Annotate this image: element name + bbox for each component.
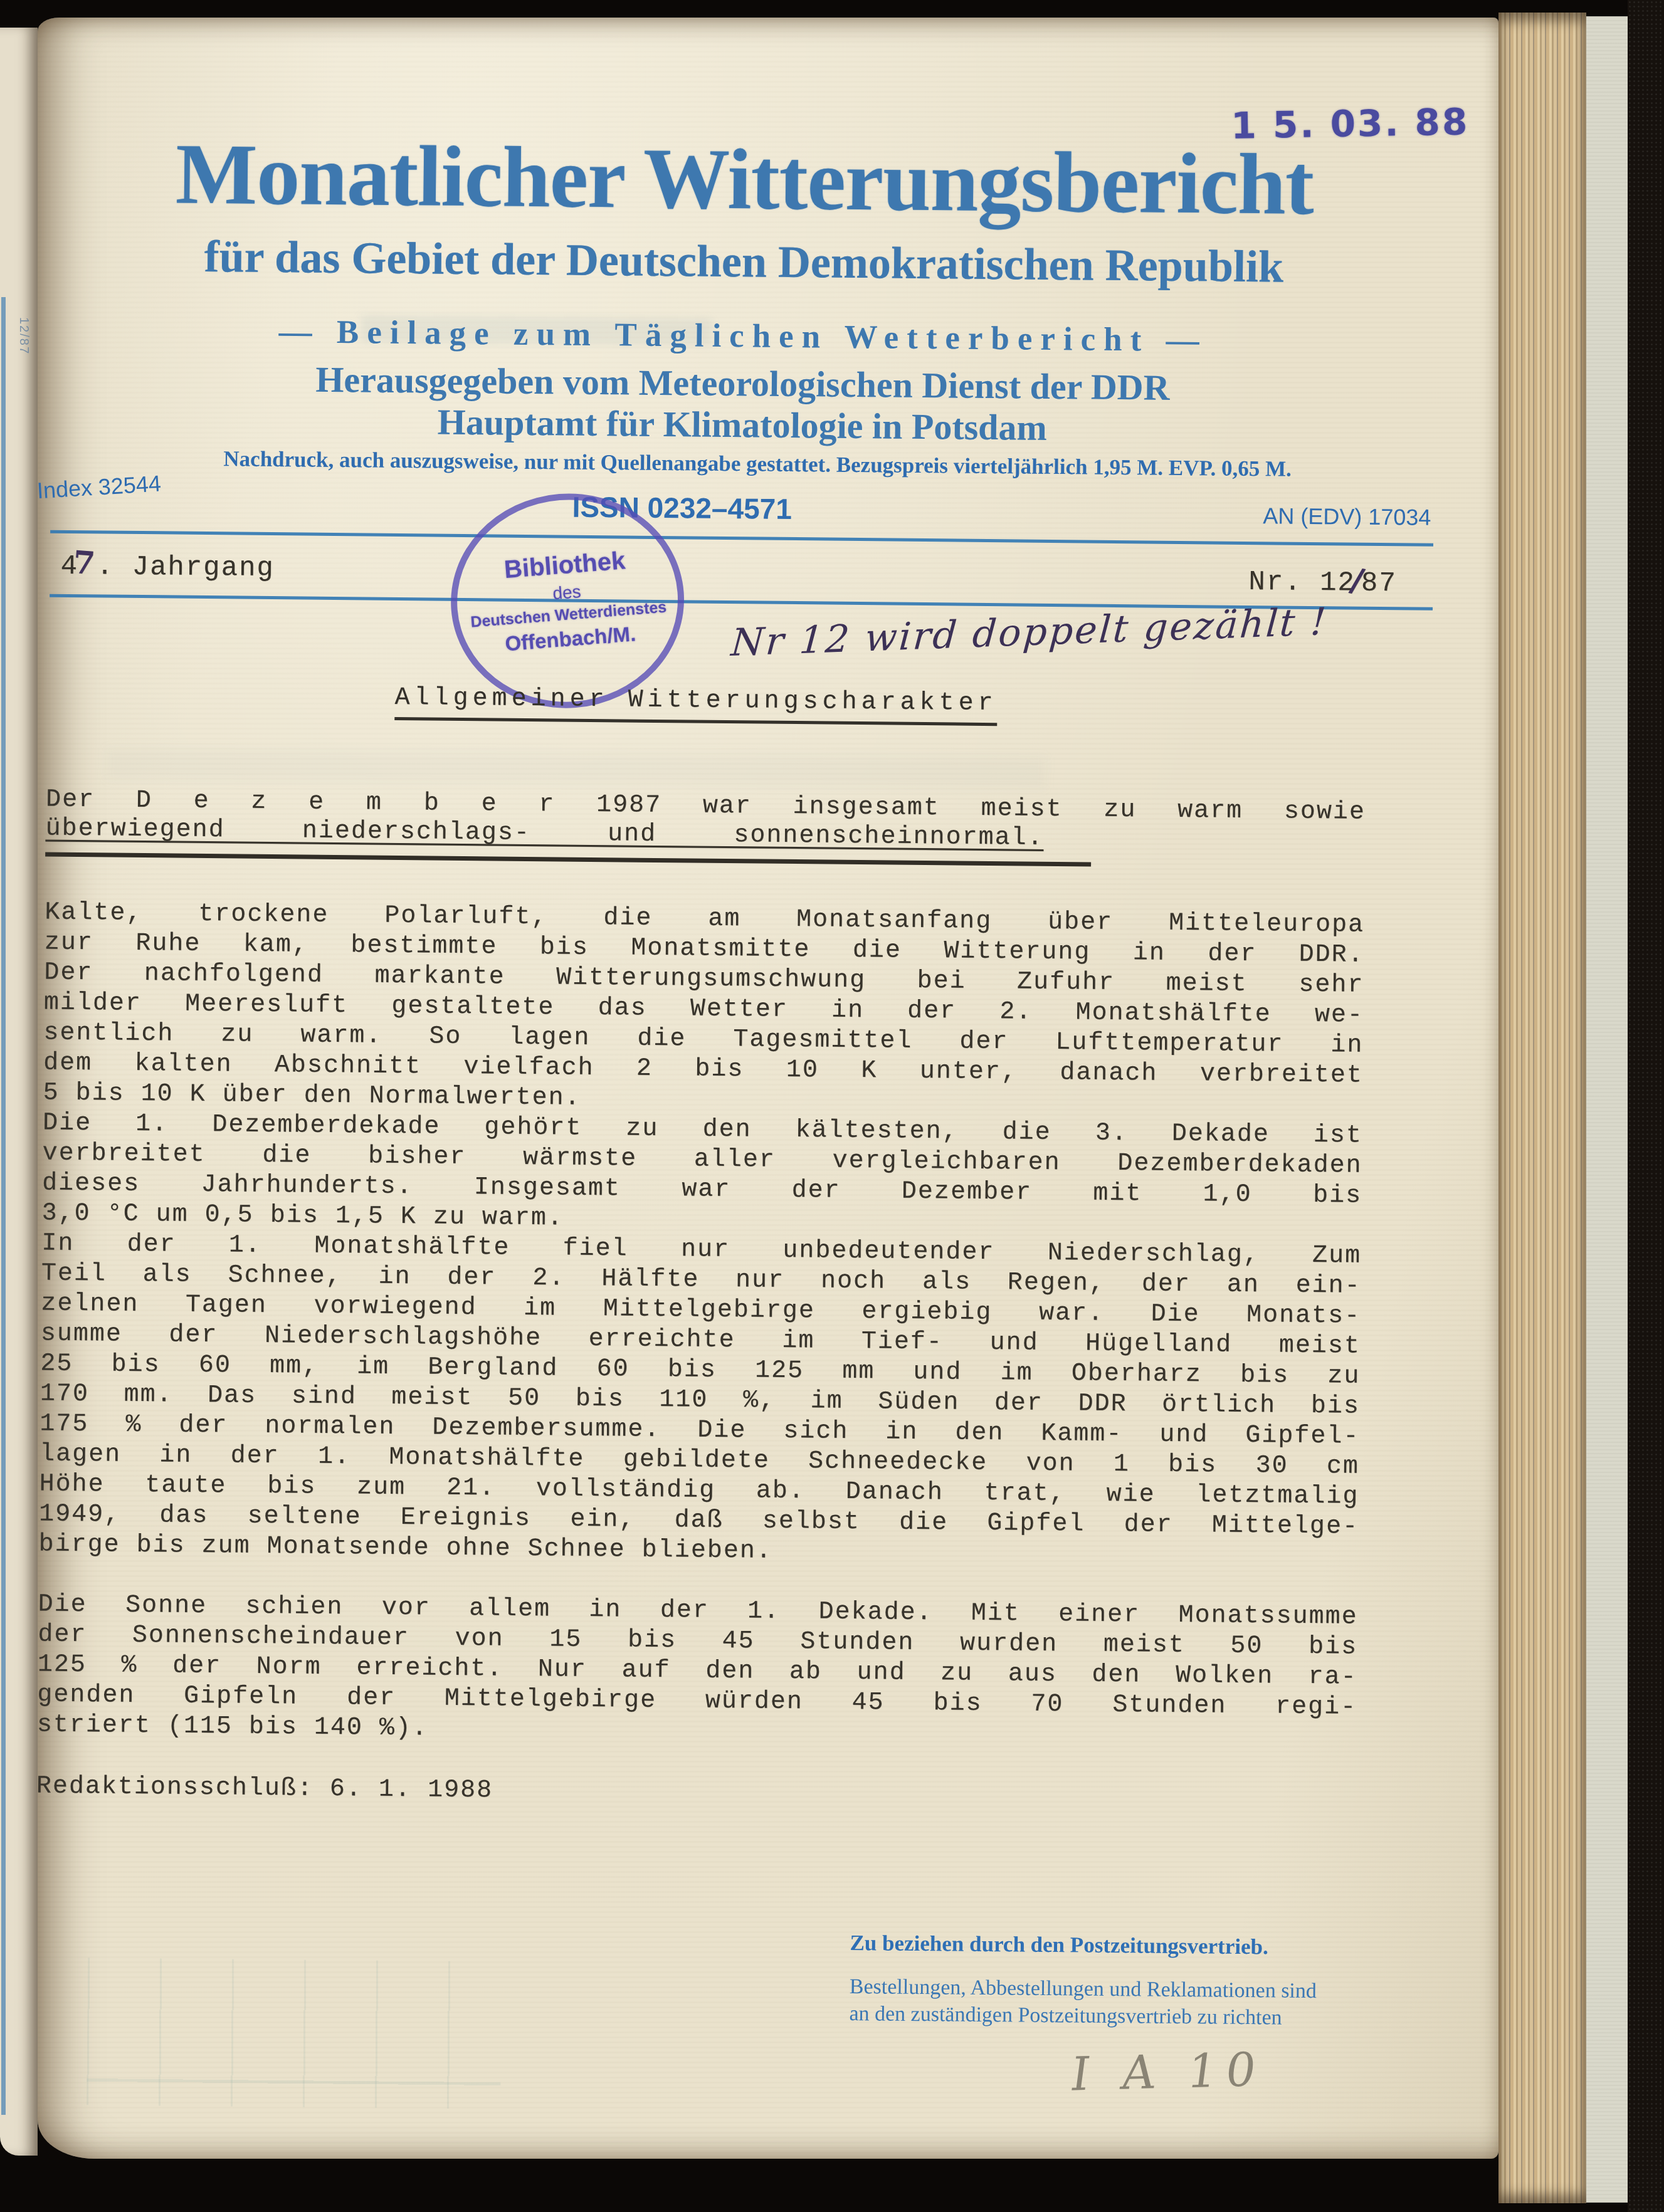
book-cover-edge	[1628, 0, 1664, 2212]
library-stamp-line: Bibliothek	[503, 547, 626, 583]
previous-page-edge-label: 12/87	[16, 317, 31, 355]
horizontal-rule-top	[50, 530, 1433, 547]
distribution-note-small: Bestellungen, Abbestellungen und Reklama…	[849, 1973, 1317, 2031]
an-edv-number: AN (EDV) 17034	[1243, 503, 1431, 531]
editorial-deadline-line: Redaktionsschluß: 6. 1. 1988	[36, 1773, 493, 1805]
body-paragraph: Die Sonne schien vor allem in der 1. Dek…	[37, 1590, 1358, 1753]
show-through-table-ghost	[87, 1958, 502, 2109]
endpaper-edge	[1586, 16, 1628, 2203]
book-photo: 12/87 1 5. 03. 88 Monatlicher Witterungs…	[0, 0, 1664, 2212]
library-stamp-line: Offenbach/M.	[504, 623, 636, 655]
body-text-block-2: Die Sonne schien vor allem in der 1. Dek…	[37, 1590, 1358, 1753]
issue-number-line: Nr. 12/87	[1248, 559, 1431, 600]
page-stack-edge	[1498, 13, 1586, 2203]
section-heading: Allgemeiner Witterungscharakter	[394, 684, 998, 726]
text-line: an den zuständigen Postzeitungsvertrieb …	[849, 2000, 1316, 2031]
body-paragraph: Die 1. Dezemberdekade gehört zu den kält…	[41, 1109, 1362, 1242]
index-number: Index 32544	[36, 470, 162, 504]
scan-tilt-wrapper: 1 5. 03. 88 Monatlicher Witterungsberich…	[17, 17, 1498, 2172]
show-through-ghost	[105, 748, 1046, 789]
supplement-line: — Beilage zum Täglichen Wetterbericht —	[91, 311, 1395, 361]
pencil-shelf-mark: I A 10	[1068, 2043, 1268, 2102]
library-stamp-line: Deutschen Wetterdienstes	[470, 599, 668, 631]
document-page: 1 5. 03. 88 Monatlicher Witterungsberich…	[38, 18, 1498, 2159]
body-paragraph: Kalte, trockene Polarluft, die am Monats…	[43, 898, 1364, 1121]
text-line: Bestellungen, Abbestellungen und Reklama…	[850, 1973, 1317, 2005]
issue-year: 87	[1361, 568, 1397, 600]
body-paragraph: In der 1. Monatshälfte fiel nur unbedeut…	[38, 1229, 1361, 1573]
body-text-block-1: Kalte, trockene Polarluft, die am Monats…	[38, 898, 1364, 1573]
previous-page-table-border	[1, 297, 6, 2115]
intro-paragraph: Der D e z e m b e r 1987 war insgesamt m…	[45, 786, 1366, 856]
volume-line: 47. Jahrgang	[60, 544, 275, 584]
library-stamp-line: des	[552, 582, 581, 603]
issue-printed: Nr. 12	[1248, 567, 1356, 599]
volume-handwritten-digit: 7	[72, 543, 98, 582]
page-title: Monatlicher Witterungsbericht	[92, 123, 1397, 235]
intro-underline-rule	[45, 852, 1091, 867]
page-subtitle: für das Gebiet der Deutschen Demokratisc…	[92, 229, 1396, 294]
distribution-note-bold: Zu beziehen durch den Postzeitungsvertri…	[850, 1931, 1268, 1959]
volume-suffix: . Jahrgang	[97, 551, 275, 584]
